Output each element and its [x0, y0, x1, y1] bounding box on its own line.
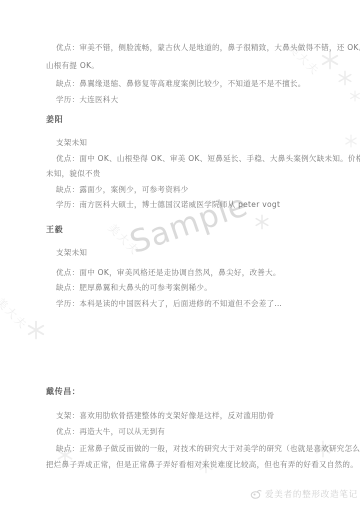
review-line-cons: 缺点：正常鼻子做反而做的一般，对技术的研究大于对美学的研究（也就是喜欢研究怎么 [46, 441, 336, 457]
review-line-cons: 缺点：肥厚鼻翼和大鼻头的可参考案例稀少。 [46, 280, 336, 296]
review-line-pros: 优点：审美不错，侧脸流畅，蒙古伙人是地道的，鼻子很精致，大鼻头做得不错，还 OK… [46, 40, 336, 56]
weibo-watermark: 爱美者的整形改造笔记 [250, 487, 358, 500]
review-line-education: 学历：大连医科大 [46, 92, 336, 108]
doctor-name-heading: 王毅 [46, 222, 336, 238]
review-line-cons: 缺点：露面少，案例少，可参考资料少 [46, 182, 336, 198]
flower-watermark-icon [344, 134, 358, 148]
review-section: 戴传昌： 支架：喜欢用肋软骨搭建整体的支架好像是这样，反对滥用肋骨 优点：再造大… [46, 384, 336, 472]
review-line-education: 学历：本科是读的中国医科大了，后面进修的不知道但不会差了… [46, 296, 336, 312]
review-section: 王毅 支架未知 优点：面中 OK，审美风格还是走协调自然风，鼻尖好，改善大。 缺… [46, 222, 336, 311]
review-line-pros: 优点：再造大牛，可以从无到有 [46, 424, 336, 440]
review-line: 把烂鼻子弄成正常，但是正常鼻子弄好看相对来说难度比较高，但也有弄的好看又自然的。 [46, 457, 336, 473]
review-line-pros: 优点：面中 OK，审美风格还是走协调自然风，鼻尖好，改善大。 [46, 265, 336, 281]
review-line: 山根有提 OK。 [46, 58, 336, 74]
doctor-name-heading: 姜阳 [46, 112, 336, 128]
review-line-framework: 支架未知 [46, 135, 336, 151]
flower-watermark-icon [349, 90, 360, 102]
review-section: 姜阳 支架未知 优点：面中 OK、山根垫得 OK、审美 OK、短鼻延长、手稳、大… [46, 112, 336, 213]
flower-watermark-icon [26, 320, 46, 340]
review-line-education: 学历：南方医科大硕士，博士德国汉诺威医学院师从 peter vogt [46, 197, 336, 213]
flower-watermark-icon [337, 70, 353, 86]
doctor-name-heading: 戴传昌： [46, 384, 336, 400]
review-line-pros: 优点：面中 OK、山根垫得 OK、审美 OK、短鼻延长、手稳、大鼻头案例欠缺未知… [46, 151, 336, 167]
review-line: 未知，貌似不贵 [46, 166, 336, 182]
review-line-cons: 缺点：鼻翼缘退缩、鼻修复等高难度案例比较少，不知道是不是不擅长。 [46, 76, 336, 92]
brand-watermark: 美大夫 [0, 294, 32, 333]
review-section: 优点：审美不错，侧脸流畅，蒙古伙人是地道的，鼻子很精致，大鼻头做得不错，还 OK… [46, 40, 336, 107]
review-line-framework: 支架：喜欢用肋软骨搭建整体的支架好像是这样，反对滥用肋骨 [46, 408, 336, 424]
weibo-logo-icon [250, 488, 262, 500]
weibo-watermark-text: 爱美者的整形改造笔记 [265, 488, 358, 500]
document-page: Sample 美大夫 美大夫 美大夫 优点：审美不错，侧脸流畅，蒙古伙人是地道的… [0, 0, 360, 509]
review-line-framework: 支架未知 [46, 245, 336, 261]
